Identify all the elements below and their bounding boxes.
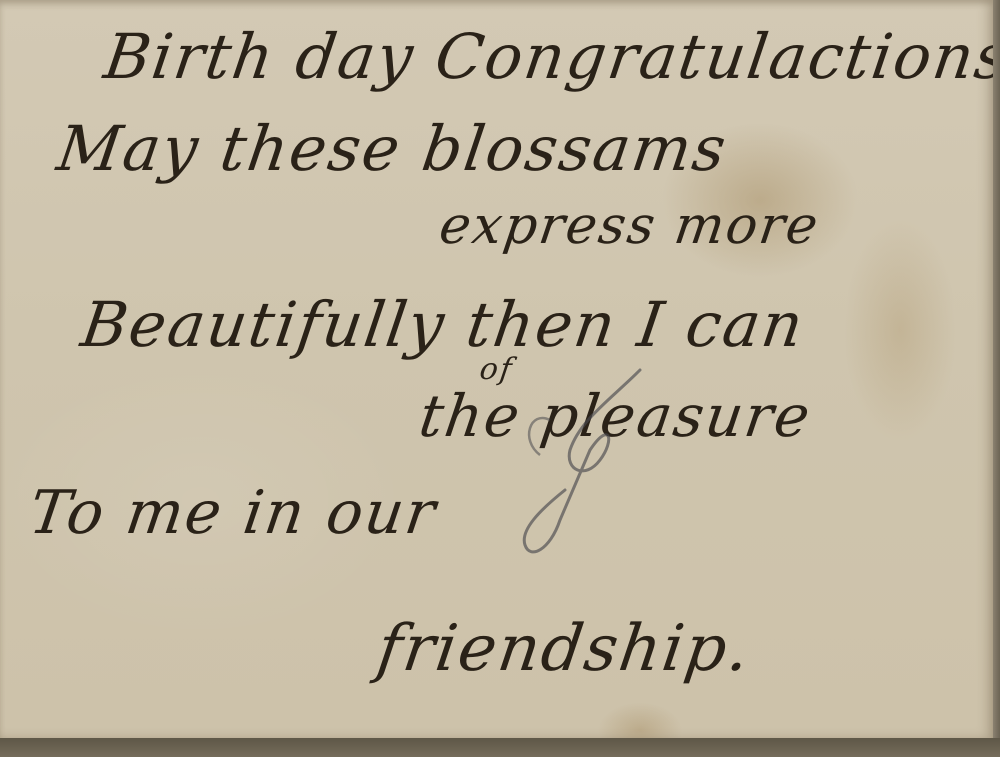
handwritten-line-4: Beautifully then I can: [77, 288, 809, 361]
handwritten-line-7: friendship.: [373, 612, 756, 686]
handwritten-line-3: express more: [436, 196, 824, 256]
handwritten-line-5: the pleasure: [415, 382, 816, 450]
handwritten-line-1: Birth day Congratulactions: [100, 20, 1000, 93]
handwritten-line-6: To me in our: [25, 478, 441, 548]
handwritten-line-2: May these blossams: [53, 112, 732, 185]
card-right-edge: [993, 0, 1000, 757]
greeting-card: Birth day Congratulactions May these blo…: [0, 0, 993, 738]
card-bottom-edge: [0, 738, 1000, 757]
